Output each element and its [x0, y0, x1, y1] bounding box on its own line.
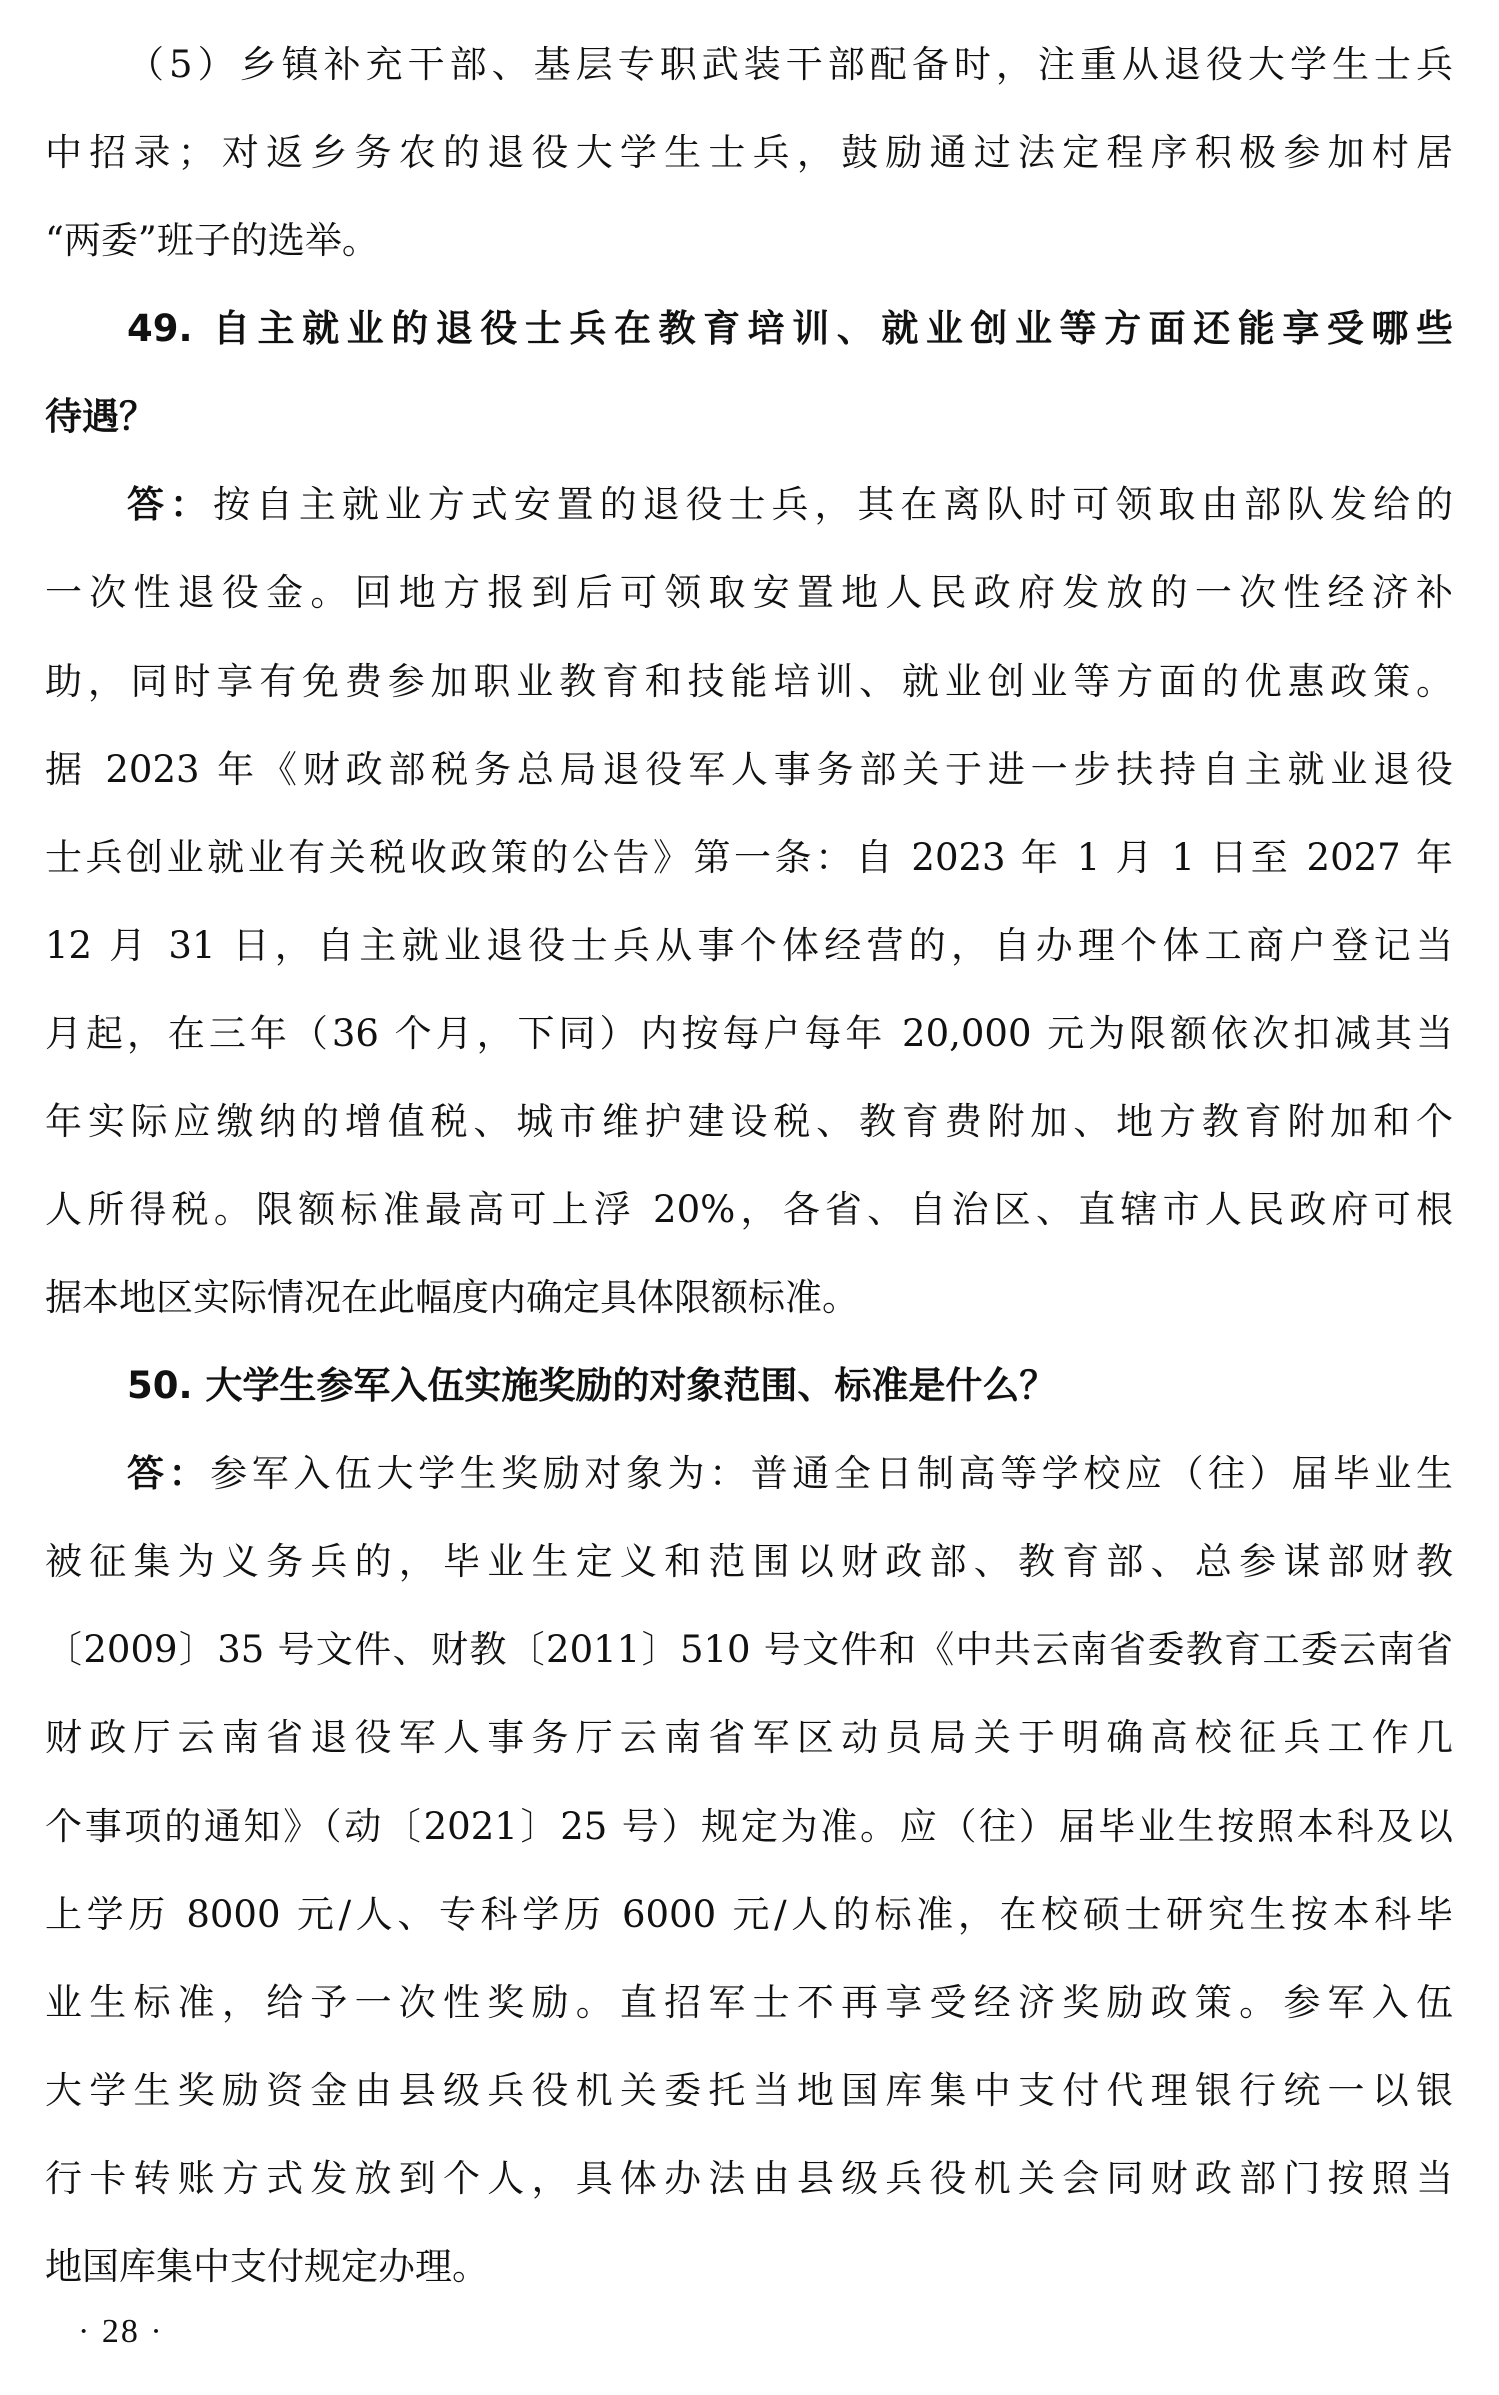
text-line: 财政厅云南省退役军人事务厅云南省军区动员局关于明确高校征兵工作几 — [45, 1716, 1453, 1760]
text-line: 人所得税。限额标准最高可上浮 20%，各省、自治区、直辖市人民政府可根 — [45, 1188, 1453, 1232]
document-page: （5）乡镇补充干部、基层专职武装干部配备时，注重从退役大学生士兵 中招录；对返乡… — [0, 0, 1499, 2395]
answer-first-line: 答：按自主就业方式安置的退役士兵，其在离队时可领取由部队发给的 — [127, 483, 1453, 527]
text-line: 大学生奖励资金由县级兵役机关委托当地国库集中支付代理银行统一以银 — [45, 2069, 1453, 2113]
answer-label: 答： — [127, 1452, 210, 1495]
text-line: （5）乡镇补充干部、基层专职武装干部配备时，注重从退役大学生士兵 — [127, 43, 1453, 87]
text-line: 〔2009〕35 号文件、财教〔2011〕510 号文件和《中共云南省委教育工委… — [45, 1628, 1453, 1672]
text-line: 行卡转账方式发放到个人，具体办法由县级兵役机关会同财政部门按照当 — [45, 2157, 1453, 2201]
text-line: “两委”班子的选举。 — [45, 219, 1453, 263]
text-line: 个事项的通知》（动〔2021〕25 号）规定为准。应（往）届毕业生按照本科及以 — [45, 1805, 1453, 1849]
text-line: 月起，在三年（36 个月，下同）内按每户每年 20,000 元为限额依次扣减其当 — [45, 1012, 1453, 1056]
text-line: 被征集为义务兵的，毕业生定义和范围以财政部、教育部、总参谋部财教 — [45, 1540, 1453, 1584]
text-line: 中招录；对返乡务农的退役大学生士兵，鼓励通过法定程序积极参加村居 — [45, 131, 1453, 175]
text-span: 参军入伍大学生奖励对象为：普通全日制高等学校应（往）届毕业生 — [210, 1452, 1453, 1495]
text-span: 按自主就业方式安置的退役士兵，其在离队时可领取由部队发给的 — [213, 483, 1453, 526]
answer-first-line: 答：参军入伍大学生奖励对象为：普通全日制高等学校应（往）届毕业生 — [127, 1452, 1453, 1496]
text-line: 士兵创业就业有关税收政策的公告》第一条：自 2023 年 1 月 1 日至 20… — [45, 836, 1453, 880]
question-line: 待遇？ — [45, 395, 1453, 439]
text-line: 助，同时享有免费参加职业教育和技能培训、就业创业等方面的优惠政策。 — [45, 660, 1453, 704]
text-line: 12 月 31 日，自主就业退役士兵从事个体经营的，自办理个体工商户登记当 — [45, 924, 1453, 968]
text-line: 据 2023 年《财政部税务总局退役军人事务部关于进一步扶持自主就业退役 — [45, 748, 1453, 792]
text-line: 地国库集中支付规定办理。 — [45, 2245, 1453, 2289]
question-line: 50. 大学生参军入伍实施奖励的对象范围、标准是什么？ — [127, 1364, 1453, 1408]
text-line: 上学历 8000 元/人、专科学历 6000 元/人的标准，在校硕士研究生按本科… — [45, 1893, 1453, 1937]
question-line: 49. 自主就业的退役士兵在教育培训、就业创业等方面还能享受哪些 — [127, 307, 1453, 351]
text-line: 一次性退役金。回地方报到后可领取安置地人民政府发放的一次性经济补 — [45, 571, 1453, 615]
answer-label: 答： — [127, 483, 213, 526]
text-line: 据本地区实际情况在此幅度内确定具体限额标准。 — [45, 1276, 1453, 1320]
text-line: 业生标准，给予一次性奖励。直招军士不再享受经济奖励政策。参军入伍 — [45, 1981, 1453, 2025]
page-number: · 28 · — [78, 2310, 164, 2354]
text-line: 年实际应缴纳的增值税、城市维护建设税、教育费附加、地方教育附加和个 — [45, 1100, 1453, 1144]
